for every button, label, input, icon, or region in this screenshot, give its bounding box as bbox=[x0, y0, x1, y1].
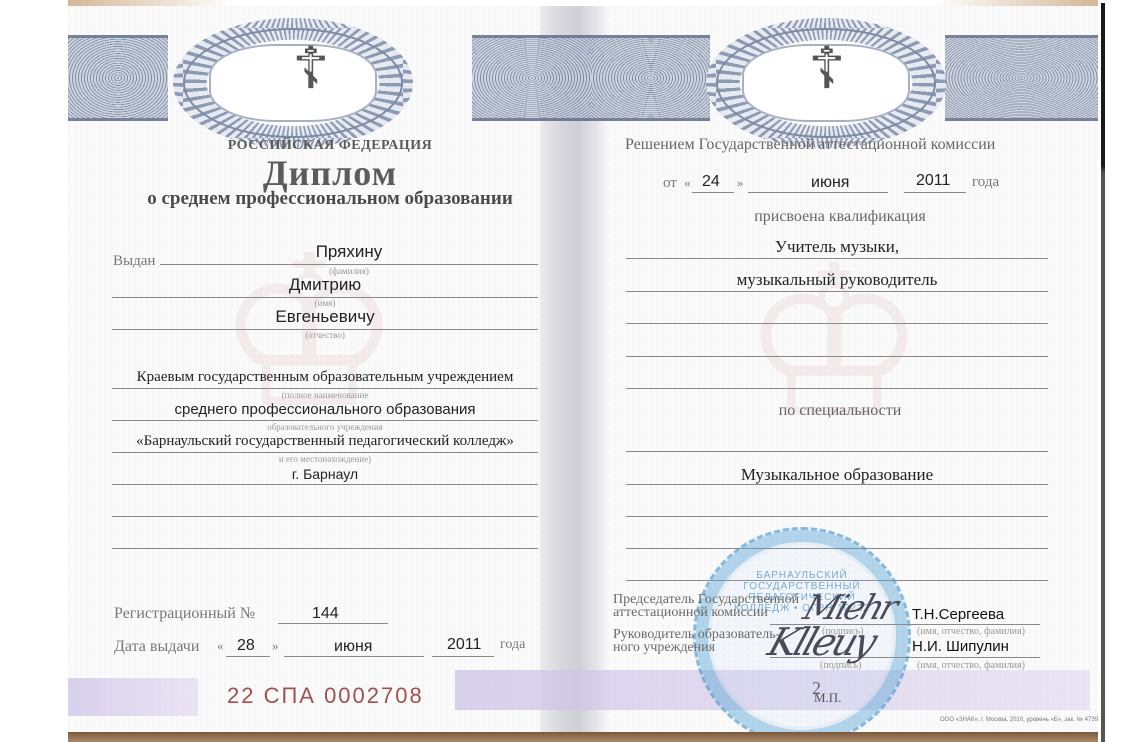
head-signature-hint: (подпись) bbox=[820, 660, 862, 671]
chair-label-line-2: аттестационной комиссии bbox=[613, 606, 768, 619]
qualification-label: присвоена квалификация bbox=[620, 208, 1060, 226]
institution-line-3: «Барнаульский государственный педагогиче… bbox=[112, 433, 538, 450]
issue-month: июня bbox=[334, 638, 372, 656]
year-suffix: года bbox=[972, 174, 999, 191]
form-line bbox=[226, 656, 270, 657]
quote-close: » bbox=[272, 638, 279, 654]
head-label-line-2: ного учреждения bbox=[613, 641, 715, 654]
head-name: Н.И. Шипулин bbox=[912, 638, 1009, 655]
form-line bbox=[112, 420, 538, 421]
chair-name-hint: (имя, отчество, фамилия) bbox=[917, 626, 1025, 637]
quote-open: « bbox=[684, 175, 691, 191]
form-line bbox=[748, 192, 888, 193]
patronymic-hint: (отчество) bbox=[112, 330, 538, 340]
institution-line-1: Краевым государственным образовательным … bbox=[112, 369, 538, 386]
institution-hint-1: (полное наименование bbox=[112, 390, 538, 400]
background-margin bbox=[0, 0, 68, 742]
form-line bbox=[284, 656, 424, 657]
guilloche-band bbox=[592, 35, 710, 121]
document-subtitle: о среднем профессиональном образовании bbox=[100, 188, 560, 210]
serial-number: 22 СПА 0002708 bbox=[227, 683, 424, 709]
form-line bbox=[432, 656, 494, 657]
issued-label: Выдан bbox=[113, 253, 155, 270]
cover-edge bbox=[1101, 3, 1105, 742]
qualification-line-2: музыкальный руководитель bbox=[626, 270, 1048, 290]
form-line bbox=[112, 452, 538, 453]
form-line bbox=[112, 516, 538, 517]
surname-value: Пряхину bbox=[160, 242, 538, 262]
decision-month: июня bbox=[811, 174, 849, 192]
printer-imprint: ООО «ЗНАК», г. Москва, 2010, уровень «Б»… bbox=[940, 717, 1098, 723]
form-line bbox=[278, 623, 388, 624]
city-value: г. Барнаул bbox=[112, 466, 538, 482]
form-line bbox=[112, 484, 538, 485]
issue-date-label: Дата выдачи bbox=[114, 638, 199, 656]
form-line bbox=[626, 291, 1048, 292]
form-line bbox=[626, 516, 1048, 517]
form-line bbox=[626, 356, 1048, 357]
guilloche-band bbox=[68, 35, 168, 121]
issue-day: 28 bbox=[237, 637, 255, 655]
coat-of-arms-icon: ☦ bbox=[808, 40, 846, 98]
cover-bottom-edge bbox=[68, 732, 1098, 742]
chair-name: Т.Н.Сергеева bbox=[912, 606, 1004, 623]
institution-hint-2: образовательного учреждения bbox=[112, 422, 538, 432]
institution-hint-3: и его местонахождение) bbox=[112, 454, 538, 464]
decision-text: Решением Государственной аттестационной … bbox=[625, 136, 995, 154]
guilloche-band bbox=[945, 35, 1098, 121]
form-line bbox=[112, 548, 538, 549]
issue-year: 2011 bbox=[447, 636, 481, 654]
quote-close: » bbox=[737, 175, 744, 191]
form-line bbox=[160, 264, 538, 265]
first-name-value: Дмитрию bbox=[112, 275, 538, 295]
form-line bbox=[692, 192, 734, 193]
year-suffix: года bbox=[500, 637, 525, 653]
institution-line-2: среднего профессионального образования bbox=[112, 401, 538, 418]
seal-label: М.П. bbox=[814, 690, 841, 706]
coat-of-arms-icon: ☦ bbox=[292, 40, 330, 98]
form-line bbox=[626, 323, 1048, 324]
form-line bbox=[626, 388, 1048, 389]
registration-number: 144 bbox=[312, 605, 339, 623]
decision-day: 24 bbox=[702, 173, 720, 191]
patronymic-value: Евгеньевичу bbox=[112, 307, 538, 327]
quote-open: « bbox=[217, 638, 224, 654]
qualification-line-1: Учитель музыки, bbox=[626, 237, 1048, 257]
decision-year: 2011 bbox=[916, 172, 950, 190]
date-prefix: от bbox=[663, 175, 677, 192]
form-line bbox=[112, 388, 538, 389]
head-name-hint: (имя, отчество, фамилия) bbox=[917, 660, 1025, 671]
form-line bbox=[904, 192, 966, 193]
lilac-security-strip bbox=[68, 678, 198, 716]
head-signature: Klleuy bbox=[763, 620, 880, 664]
form-line bbox=[626, 258, 1048, 259]
form-line bbox=[626, 451, 1048, 452]
specialty-label: по специальности bbox=[620, 402, 1060, 420]
guilloche-band bbox=[472, 35, 592, 121]
background-margin-right bbox=[1098, 0, 1143, 742]
specialty-value: Музыкальное образование bbox=[626, 465, 1048, 485]
registration-label: Регистрационный № bbox=[114, 605, 255, 623]
